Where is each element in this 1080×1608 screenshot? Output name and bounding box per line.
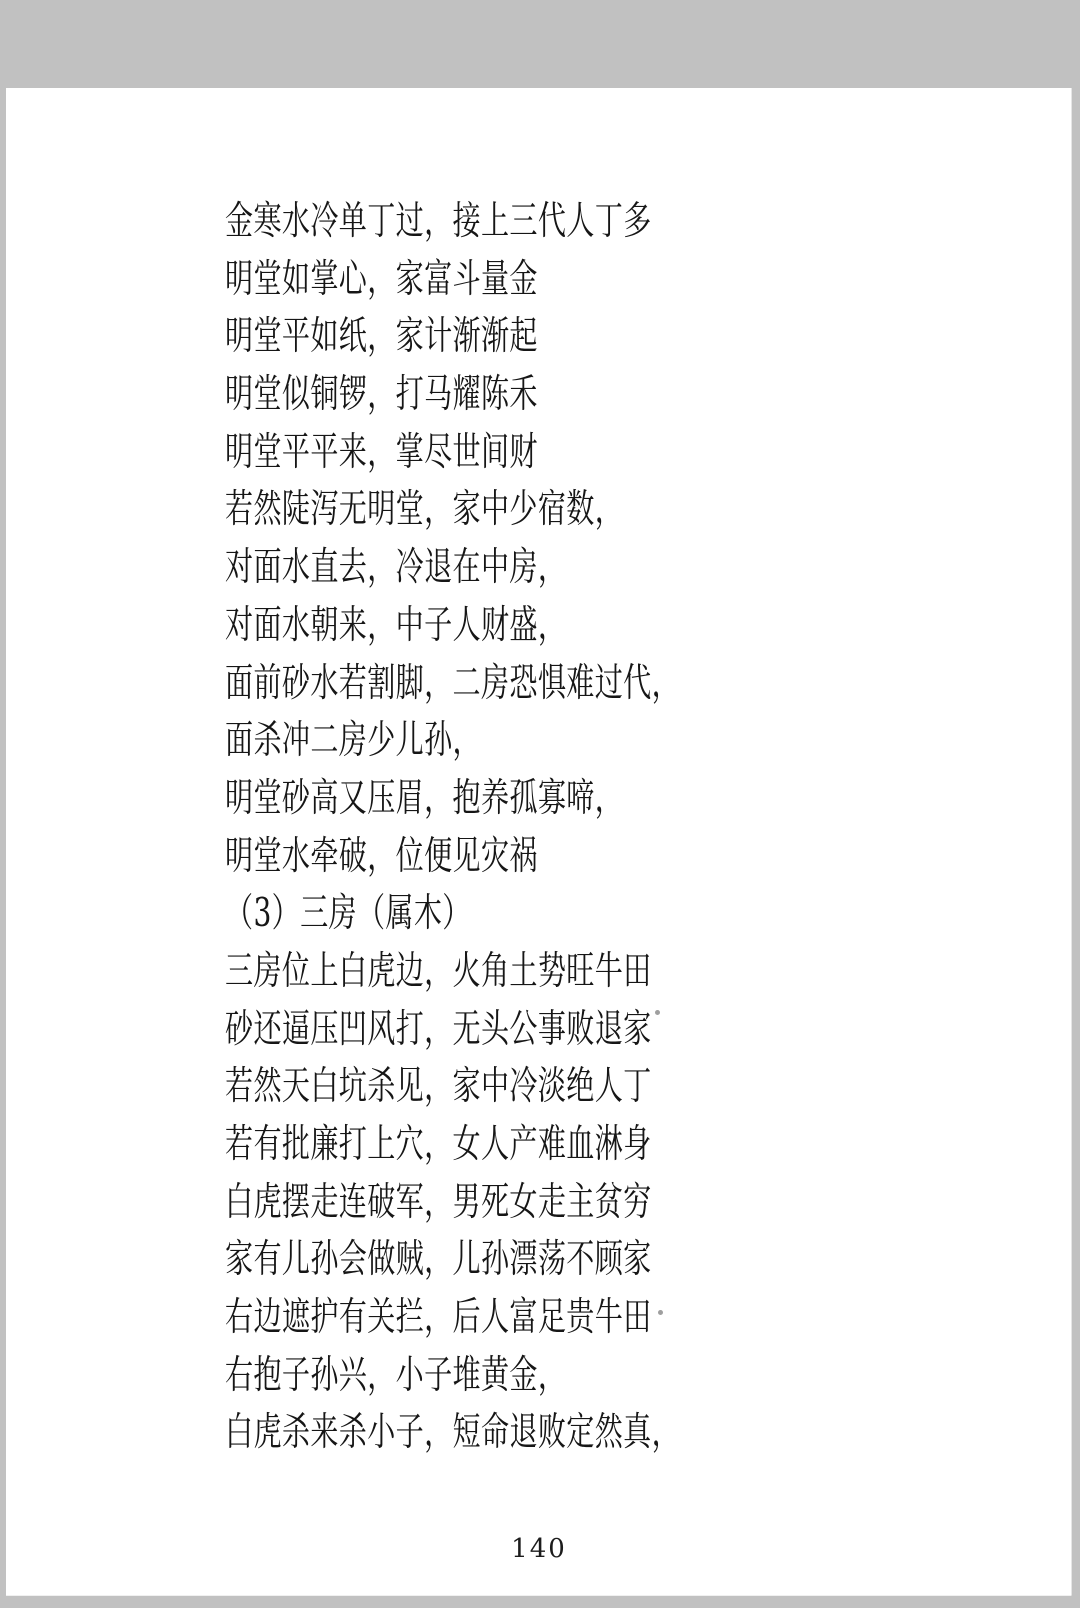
text-line: 明堂平如纸，家计渐渐起: [225, 308, 729, 366]
text-line: 金寒水冷单丁过，接上三代人丁多: [225, 193, 729, 251]
text-line: 三房位上白虎边，火角土势旺牛田: [225, 943, 729, 1001]
text-line: 面前砂水若割脚，二房恐惧难过代，: [225, 655, 729, 713]
text-line: 明堂平平来，掌尽世间财: [225, 424, 729, 482]
text-line: 白虎杀来杀小子，短命退败定然真，: [225, 1404, 729, 1462]
text-line: 明堂似铜锣，打马耀陈禾: [225, 366, 729, 424]
text-line: 若有批廉打上穴，女人产难血淋身: [225, 1116, 729, 1174]
text-line: 砂还逼压凹风打，无头公事败退家: [225, 1001, 729, 1059]
text-line: 若然陡泻无明堂，家中少宿数，: [225, 481, 729, 539]
text-line: 对面水直去，冷退在中房，: [225, 539, 729, 597]
text-line: 若然天白坑杀见，家中冷淡绝人丁: [225, 1058, 729, 1116]
text-line: 明堂水牵破，位便见灾祸: [225, 828, 729, 886]
text-line: 明堂如掌心，家富斗量金: [225, 251, 729, 309]
text-line: 右边遮护有关拦，后人富足贵牛田: [225, 1289, 729, 1347]
text-line: 面杀冲二房少儿孙，: [225, 712, 729, 770]
text-line: （3）三房（属木）: [225, 885, 729, 943]
book-page: 金寒水冷单丁过，接上三代人丁多明堂如掌心，家富斗量金明堂平如纸，家计渐渐起明堂似…: [6, 88, 1072, 1596]
page-number: 140: [6, 1536, 1072, 1562]
text-line: 家有儿孙会做贼，儿孙漂荡不顾家: [225, 1231, 729, 1289]
text-block: 金寒水冷单丁过，接上三代人丁多明堂如掌心，家富斗量金明堂平如纸，家计渐渐起明堂似…: [225, 193, 925, 1462]
scan-artifact-dot: [658, 1310, 663, 1315]
text-line: 右抱子孙兴，小子堆黄金，: [225, 1347, 729, 1405]
scan-artifact-dot: [655, 1010, 660, 1015]
text-line: 对面水朝来，中子人财盛，: [225, 597, 729, 655]
text-line: 白虎摆走连破军，男死女走主贫穷: [225, 1174, 729, 1232]
text-line: 明堂砂高又压眉，抱养孤寡啼，: [225, 770, 729, 828]
scan-background: 金寒水冷单丁过，接上三代人丁多明堂如掌心，家富斗量金明堂平如纸，家计渐渐起明堂似…: [0, 0, 1080, 1608]
